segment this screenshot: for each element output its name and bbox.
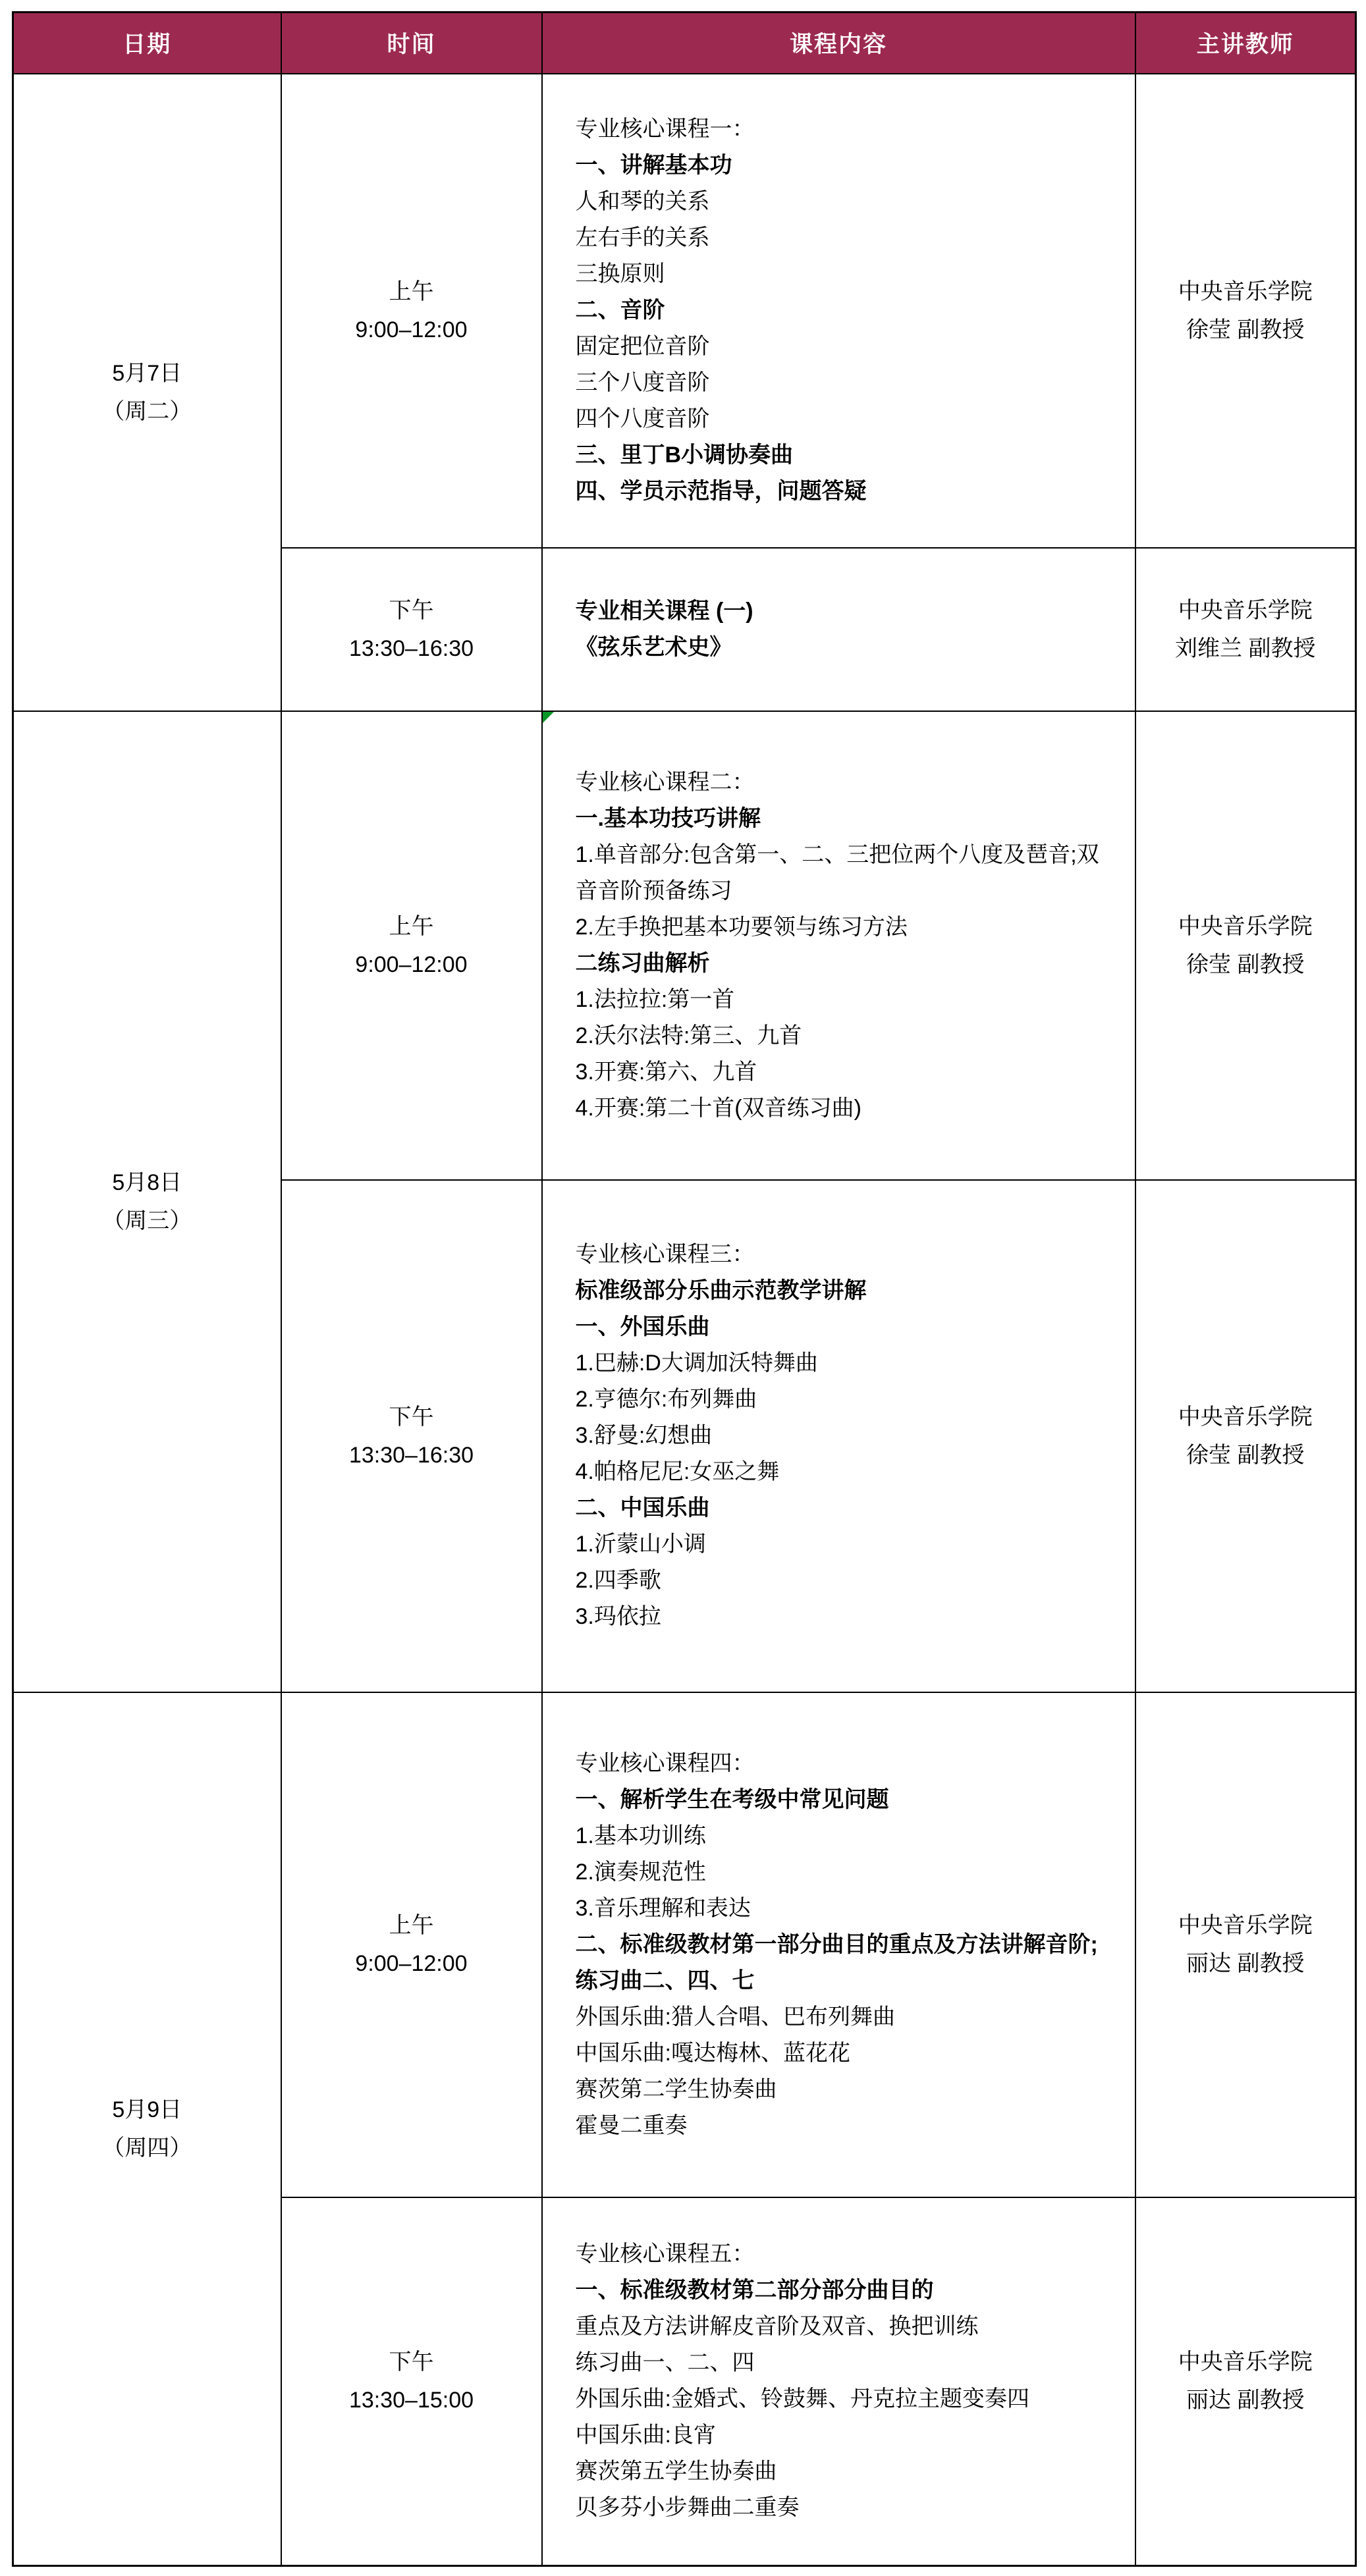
content-line: 固定把位音阶: [576, 329, 1115, 365]
teacher-school: 中央音乐学院: [1137, 1398, 1355, 1436]
teacher-name: 徐莹 副教授: [1137, 946, 1355, 984]
teacher-cell-day2-afternoon: 中央音乐学院 徐莹 副教授: [1135, 1180, 1356, 1692]
content-line: 一、标准级教材第二部分部分曲目的: [576, 2272, 1115, 2309]
content-line: 人和琴的关系: [576, 184, 1115, 220]
schedule-page: 日期 时间 课程内容 主讲教师 5月7日 （周二） 上午 9:00–12:00 …: [0, 0, 1366, 2576]
teacher-school: 中央音乐学院: [1137, 273, 1355, 311]
content-line: 专业核心课程五：: [576, 2236, 1115, 2272]
content-cell-day1-morning: 专业核心课程一：一、讲解基本功人和琴的关系左右手的关系三换原则二、音阶固定把位音…: [542, 74, 1135, 548]
content-line: 二练习曲解析: [576, 946, 1115, 982]
content-line: 3.舒曼:幻想曲: [576, 1418, 1115, 1454]
content-line: 3.开赛:第六、九首: [576, 1054, 1115, 1090]
date-line: 5月7日: [14, 354, 280, 392]
content-line: 中国乐曲:嘎达梅林、蓝花花: [576, 2035, 1115, 2072]
time-cell-day2-afternoon: 下午 13:30–16:30: [281, 1180, 542, 1692]
teacher-name: 丽达 副教授: [1137, 1945, 1355, 1983]
header-cell-content: 课程内容: [542, 13, 1135, 74]
date-line: （周三）: [14, 1202, 280, 1240]
content-line: 2.四季歌: [576, 1563, 1115, 1599]
teacher-name: 徐莹 副教授: [1137, 311, 1355, 349]
content-line: 中国乐曲:良宵: [576, 2417, 1115, 2454]
content-line: 二、音阶: [576, 292, 1115, 329]
date-cell-day3: 5月9日 （周四）: [13, 1692, 281, 2566]
date-line: 5月9日: [14, 2091, 280, 2129]
teacher-name: 徐莹 副教授: [1137, 1436, 1355, 1474]
content-line: 一、讲解基本功: [576, 148, 1115, 184]
content-line: 三、里丁B小调协奏曲: [576, 437, 1115, 473]
period-label: 下午: [283, 1398, 541, 1436]
header-cell-time: 时间: [281, 13, 542, 74]
date-cell-day1: 5月7日 （周二）: [13, 74, 281, 711]
time-range: 9:00–12:00: [283, 946, 541, 984]
content-cell-day2-afternoon: 专业核心课程三：标准级部分乐曲示范教学讲解一、外国乐曲1.巴赫:D大调加沃特舞曲…: [542, 1180, 1135, 1692]
content-line: 四个八度音阶: [576, 401, 1115, 437]
period-label: 上午: [283, 273, 541, 311]
content-line: 4.帕格尼尼:女巫之舞: [576, 1454, 1115, 1490]
green-corner-marker: [543, 712, 554, 723]
content-line: 3.玛依拉: [576, 1599, 1115, 1635]
teacher-cell-day1-morning: 中央音乐学院 徐莹 副教授: [1135, 74, 1356, 548]
date-line: 5月8日: [14, 1164, 280, 1202]
content-line: 2.演奏规范性: [576, 1854, 1115, 1891]
content-line: 三个八度音阶: [576, 365, 1115, 401]
content-line: 外国乐曲:猎人合唱、巴布列舞曲: [576, 1999, 1115, 2035]
content-cell-day2-morning: 专业核心课程二：一.基本功技巧讲解1.单音部分:包含第一、二、三把位两个八度及琶…: [542, 711, 1135, 1180]
content-line: 专业核心课程三：: [576, 1237, 1115, 1273]
period-label: 下午: [283, 591, 541, 630]
content-line: 2.左手换把基本功要领与练习方法: [576, 909, 1115, 946]
date-cell-day2: 5月8日 （周三）: [13, 711, 281, 1692]
teacher-school: 中央音乐学院: [1137, 1906, 1355, 1945]
time-range: 13:30–16:30: [283, 1436, 541, 1474]
time-range: 13:30–16:30: [283, 630, 541, 668]
content-line: 1.单音部分:包含第一、二、三把位两个八度及琶音;双音音阶预备练习: [576, 837, 1115, 909]
content-line: 1.巴赫:D大调加沃特舞曲: [576, 1345, 1115, 1382]
teacher-cell-day3-afternoon: 中央音乐学院 丽达 副教授: [1135, 2197, 1356, 2566]
time-cell-day3-morning: 上午 9:00–12:00: [281, 1692, 542, 2197]
content-line: 三换原则: [576, 256, 1115, 292]
date-line: （周二）: [14, 392, 280, 431]
content-line: 重点及方法讲解皮音阶及双音、换把训练: [576, 2309, 1115, 2345]
content-line: 外国乐曲:金婚式、铃鼓舞、丹克拉主题变奏四: [576, 2381, 1115, 2417]
teacher-cell-day2-morning: 中央音乐学院 徐莹 副教授: [1135, 711, 1356, 1180]
course-schedule-table: 日期 时间 课程内容 主讲教师 5月7日 （周二） 上午 9:00–12:00 …: [12, 11, 1357, 2567]
content-line: 2.亨德尔:布列舞曲: [576, 1382, 1115, 1418]
teacher-school: 中央音乐学院: [1137, 907, 1355, 946]
content-line: 赛茨第二学生协奏曲: [576, 2072, 1115, 2108]
content-cell-day3-morning: 专业核心课程四：一、解析学生在考级中常见问题1.基本功训练2.演奏规范性3.音乐…: [542, 1692, 1135, 2197]
header-cell-date: 日期: [13, 13, 281, 74]
time-cell-day1-afternoon: 下午 13:30–16:30: [281, 548, 542, 711]
teacher-cell-day3-morning: 中央音乐学院 丽达 副教授: [1135, 1692, 1356, 2197]
teacher-school: 中央音乐学院: [1137, 2343, 1355, 2381]
content-line: 专业核心课程四：: [576, 1746, 1115, 1782]
content-line: 专业核心课程二：: [576, 765, 1115, 801]
content-line: 2.沃尔法特:第三、九首: [576, 1018, 1115, 1054]
teacher-name: 刘维兰 副教授: [1137, 630, 1355, 668]
period-label: 上午: [283, 1906, 541, 1945]
time-range: 9:00–12:00: [283, 1945, 541, 1983]
content-line: 二、中国乐曲: [576, 1490, 1115, 1526]
header-row: 日期 时间 课程内容 主讲教师: [13, 13, 1356, 74]
header-cell-teacher: 主讲教师: [1135, 13, 1356, 74]
period-label: 下午: [283, 2343, 541, 2381]
content-line: 1.基本功训练: [576, 1818, 1115, 1854]
schedule-row-day2-morning: 5月8日 （周三） 上午 9:00–12:00 专业核心课程二：一.基本功技巧讲…: [13, 711, 1356, 1180]
teacher-cell-day1-afternoon: 中央音乐学院 刘维兰 副教授: [1135, 548, 1356, 711]
content-line: 4.开赛:第二十首(双音练习曲): [576, 1090, 1115, 1127]
content-cell-day3-afternoon: 专业核心课程五：一、标准级教材第二部分部分曲目的重点及方法讲解皮音阶及双音、换把…: [542, 2197, 1135, 2566]
teacher-name: 丽达 副教授: [1137, 2381, 1355, 2419]
content-line: 专业核心课程一：: [576, 111, 1115, 148]
content-line: 一、外国乐曲: [576, 1309, 1115, 1345]
content-line: 贝多芬小步舞曲二重奏: [576, 2490, 1115, 2526]
content-line: 《弦乐艺术史》: [576, 630, 1115, 666]
content-line: 赛茨第五学生协奏曲: [576, 2454, 1115, 2490]
content-line: 练习曲一、二、四: [576, 2345, 1115, 2381]
time-cell-day3-afternoon: 下午 13:30–15:00: [281, 2197, 542, 2566]
schedule-row-day1-morning: 5月7日 （周二） 上午 9:00–12:00 专业核心课程一：一、讲解基本功人…: [13, 74, 1356, 548]
content-line: 一.基本功技巧讲解: [576, 801, 1115, 837]
content-line: 一、解析学生在考级中常见问题: [576, 1782, 1115, 1818]
teacher-school: 中央音乐学院: [1137, 591, 1355, 630]
content-line: 霍曼二重奏: [576, 2108, 1115, 2144]
date-line: （周四）: [14, 2129, 280, 2167]
content-line: 1.法拉拉:第一首: [576, 982, 1115, 1018]
content-line: 标准级部分乐曲示范教学讲解: [576, 1273, 1115, 1309]
time-cell-day1-morning: 上午 9:00–12:00: [281, 74, 542, 548]
time-range: 9:00–12:00: [283, 311, 541, 349]
content-line: 二、标准级教材第一部分曲目的重点及方法讲解音阶;练习曲二、四、七: [576, 1927, 1115, 1999]
period-label: 上午: [283, 907, 541, 946]
time-range: 13:30–15:00: [283, 2381, 541, 2419]
content-line: 四、学员示范指导，问题答疑: [576, 473, 1115, 510]
content-cell-day1-afternoon: 专业相关课程 (一)《弦乐艺术史》: [542, 548, 1135, 711]
content-line: 左右手的关系: [576, 220, 1115, 256]
time-cell-day2-morning: 上午 9:00–12:00: [281, 711, 542, 1180]
content-line: 1.沂蒙山小调: [576, 1526, 1115, 1563]
content-line: 3.音乐理解和表达: [576, 1891, 1115, 1927]
schedule-row-day3-morning: 5月9日 （周四） 上午 9:00–12:00 专业核心课程四：一、解析学生在考…: [13, 1692, 1356, 2197]
content-line: 专业相关课程 (一): [576, 593, 1115, 630]
